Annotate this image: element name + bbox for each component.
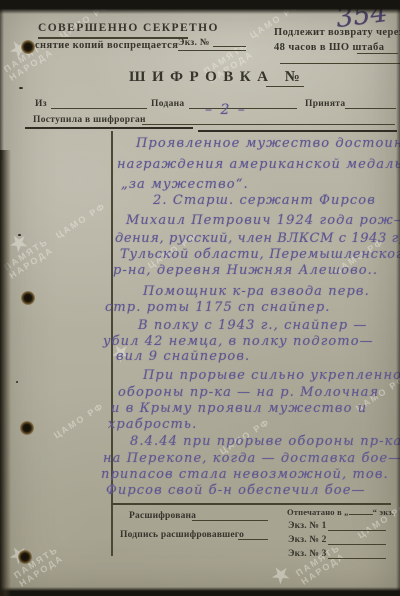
copy-3-label: Экз. № 3	[288, 549, 327, 559]
copy-2-label: Экз. № 2	[288, 535, 327, 545]
scan-edge-left	[0, 150, 11, 596]
watermark-text: ПАМЯТЬ	[2, 236, 50, 272]
watermark-tsamo: ЦАМО РФ	[58, 1, 112, 41]
handwritten-line: вил 9 снайперов.	[116, 349, 250, 364]
return-notice-line2: 48 часов в ШО штаба	[274, 42, 384, 53]
footer-top-rule	[111, 503, 391, 505]
handwritten-line: припасов стала невозможной, тов.	[101, 467, 389, 482]
watermark-tsamo: ЦАМО РФ	[54, 201, 108, 241]
field-received-label: Принята	[305, 99, 345, 109]
ink-speck	[16, 381, 18, 383]
signature-blank	[238, 539, 268, 540]
handwritten-line: „за мужество“.	[121, 177, 249, 192]
handwritten-line: стр. роты 1175 сп снайпер.	[105, 300, 330, 315]
handwritten-line: Тульской области, Перемышленского	[120, 247, 400, 262]
watermark-text: ПАМЯТЬ	[294, 542, 342, 578]
punch-hole	[21, 291, 35, 305]
watermark-tsamo: ЦАМО РФ	[52, 401, 106, 441]
copy-number-label: Экз. №	[178, 38, 210, 48]
decrypted-label: Расшифрована	[129, 511, 196, 521]
ink-speck	[18, 234, 21, 236]
scan-edge-left-top	[0, 0, 4, 160]
watermark-text: НАРОДА	[7, 245, 55, 281]
copy-2-blank	[328, 544, 386, 545]
copy-1-blank	[328, 530, 386, 531]
punch-hole	[20, 421, 34, 435]
title-number-blank	[266, 86, 304, 87]
classification-stamp: СОВЕРШЕННО СЕКРЕТНО	[38, 22, 219, 34]
scan-edge-bottom	[0, 587, 400, 596]
handwritten-line: 2. Старш. сержант Фирсов	[153, 193, 376, 208]
handwritten-line: Помощник к-ра взвода перв.	[143, 284, 370, 299]
handwritten-line: и в Крыму проявил мужество и	[111, 401, 367, 416]
page-number-handwritten: – 2 –	[205, 102, 247, 118]
return-notice-blank	[357, 53, 398, 54]
handwritten-line: дения, русский, член ВЛКСМ с 1943 г,	[115, 231, 400, 246]
rule-under-classification	[38, 37, 188, 39]
field-received-blank	[345, 108, 396, 109]
form-title: ШИФРОВКА №	[129, 69, 306, 86]
rule-under-copy-number	[178, 50, 246, 51]
handwritten-line: награждения американской медалью	[117, 157, 400, 172]
handwritten-line: обороны пр-ка — на р. Молочная	[118, 385, 379, 400]
handwritten-line: 8.4.44 при прорыве обороны пр-ка—	[130, 434, 400, 449]
printed-count-blank	[349, 514, 373, 515]
star-icon: ★	[268, 562, 294, 589]
decryptor-signature-label: Подпись расшифровавшего	[120, 530, 244, 540]
copy-number-blank	[213, 46, 246, 47]
separator-thick-right	[198, 130, 397, 132]
no-copies-notice: снятие копий воспрещается	[35, 40, 178, 51]
separator-thick-left	[25, 127, 193, 129]
punch-hole	[21, 40, 35, 54]
copy-1-label: Экз. № 1	[288, 521, 327, 531]
handwritten-line: При прорыве сильно укрепленной	[143, 368, 400, 383]
copy-3-blank	[328, 558, 386, 559]
punch-hole	[18, 550, 32, 564]
handwritten-line: р-на, деревня Нижняя Алешово..	[113, 263, 378, 278]
field-from-blank	[51, 108, 147, 109]
handwritten-line: Михаил Петрович 1924 года рож—	[126, 213, 400, 228]
rule-header-right	[280, 63, 400, 64]
field-from-label: Из	[35, 99, 47, 109]
handwritten-line: храбрость.	[108, 417, 197, 432]
printed-prefix: Отпечатано в „	[287, 507, 349, 517]
document-page: ★ ПАМЯТЬ НАРОДА ЦАМО РФ ЦАМО РФ ПАМЯТЬ Н…	[0, 0, 400, 596]
printed-in-copies-label: Отпечатано в „“ экз.	[287, 507, 394, 517]
handwritten-line: Проявленное мужество достоин	[136, 136, 400, 151]
field-arrived-blank	[142, 124, 395, 125]
field-submitted-label: Подана	[151, 99, 184, 109]
handwritten-line: на Перекопе, когда — доставка бое—	[103, 451, 400, 466]
watermark-pamyat-naroda: ПАМЯТЬ НАРОДА	[2, 236, 56, 280]
handwritten-line: В полку с 1943 г., снайпер —	[138, 318, 367, 333]
scan-edge-right	[396, 0, 400, 596]
handwritten-line: Фирсов свой б-н обеспечил бое—	[106, 483, 366, 498]
printed-suffix: “ экз.	[373, 507, 395, 517]
watermark-text: ПАМЯТЬ	[12, 544, 60, 580]
handwritten-line: убил 42 немца, в полку подгото—	[103, 334, 374, 349]
field-arrived-label: Поступила в шифрорган	[33, 115, 146, 125]
decrypted-blank	[192, 520, 268, 521]
ink-speck	[19, 87, 23, 89]
